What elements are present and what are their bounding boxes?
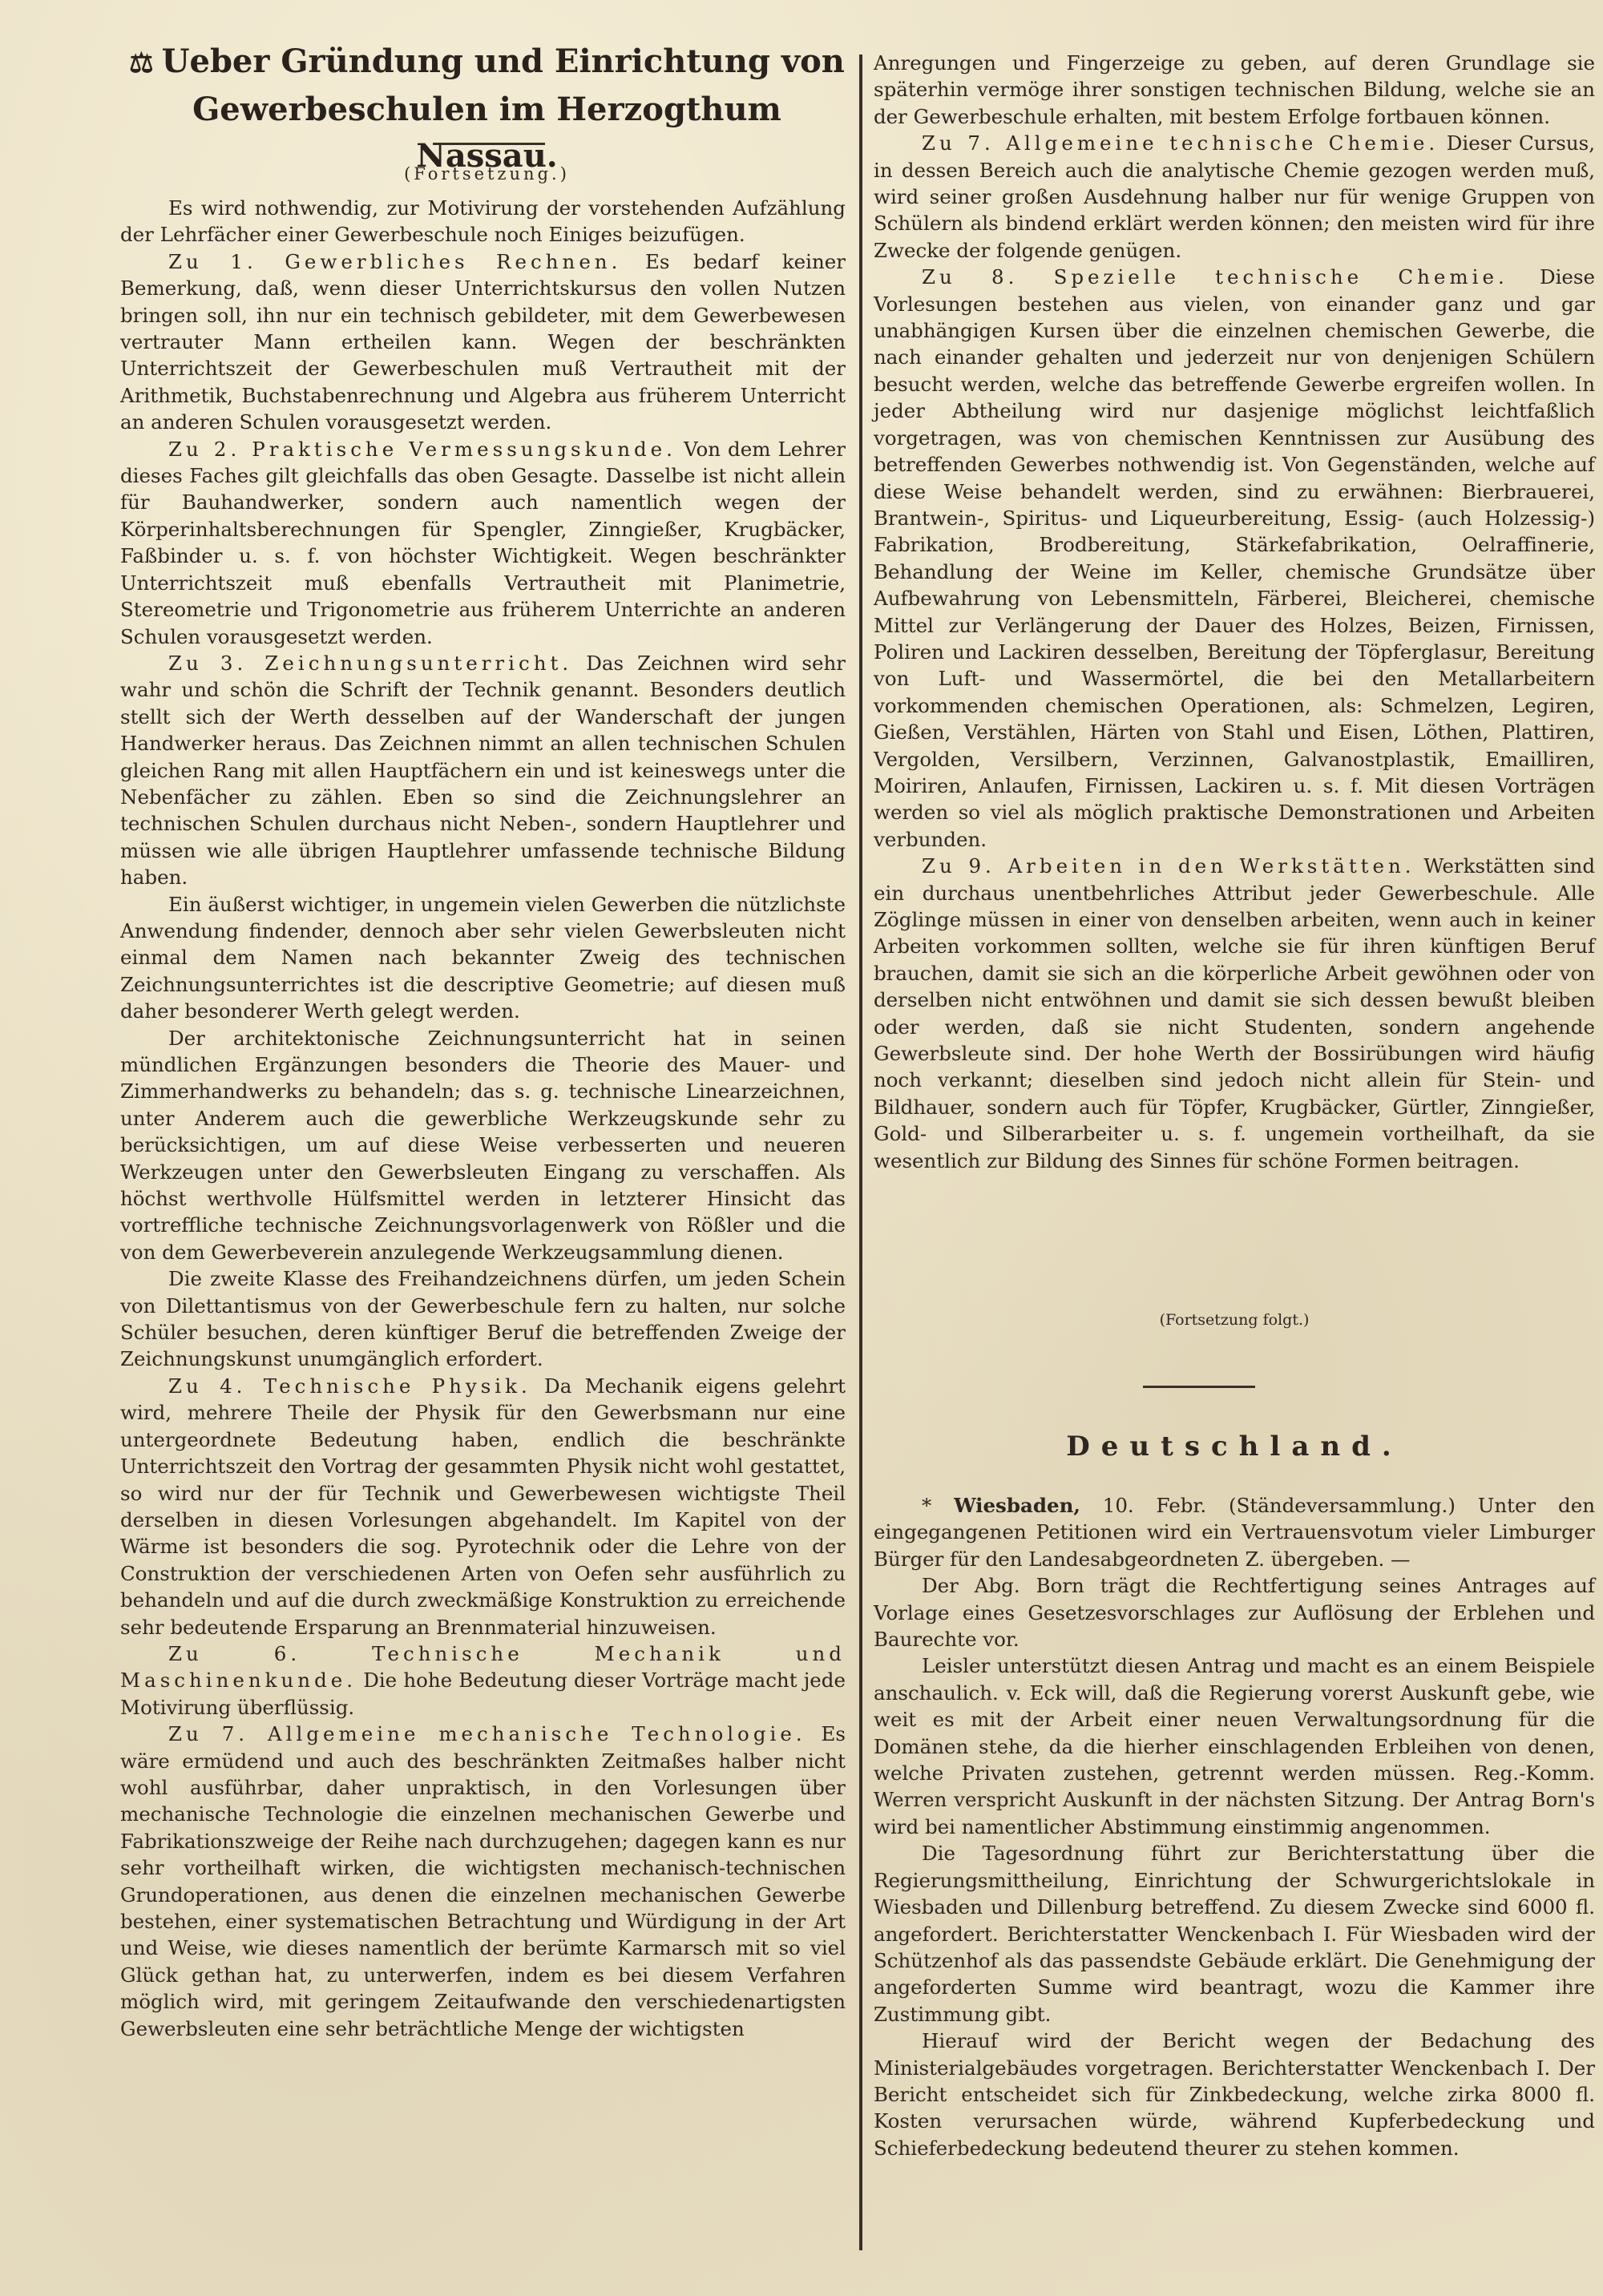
- continuation-note: (Fortsetzung.): [120, 164, 854, 184]
- paragraph: Anregungen und Fingerzeige zu geben, auf…: [874, 50, 1595, 130]
- article-title-line1: Ueber Gründung und Einrichtung von: [162, 42, 845, 80]
- section-lead: Zu 9. Arbeiten in den Werkstätten.: [922, 854, 1415, 878]
- article-title: ⚖Ueber Gründung und Einrichtung von Gewe…: [120, 38, 854, 180]
- dateline-marker: *: [922, 1494, 931, 1517]
- paragraph: Der architektonische Zeichnungsunterrich…: [120, 1025, 846, 1266]
- paragraph: Zu 8. Spezielle technische Chemie. Diese…: [874, 264, 1595, 853]
- news-paragraph: Die Tagesordnung führt zur Berichterstat…: [874, 1840, 1595, 2028]
- paragraph: Zu 7. Allgemeine technische Chemie. Dies…: [874, 130, 1595, 264]
- section-lead: Zu 7. Allgemeine technische Chemie.: [922, 131, 1439, 155]
- section-lead: Zu 4. Technische Physik.: [168, 1374, 531, 1398]
- paragraph: Ein äußerst wichtiger, in ungemein viele…: [120, 891, 846, 1025]
- to-be-continued-note: (Fortsetzung folgt.): [874, 1311, 1595, 1329]
- article-body-left: Es wird nothwendig, zur Motivirung der v…: [120, 195, 846, 2042]
- paragraph: Die zweite Klasse des Freihandzeichnens …: [120, 1265, 846, 1373]
- title-rule: [433, 143, 545, 145]
- newspaper-page: ⚖Ueber Gründung und Einrichtung von Gewe…: [0, 0, 1603, 2296]
- section-lead: Zu 2. Praktische Vermessungskunde.: [168, 438, 676, 461]
- news-paragraph: * Wiesbaden, 10. Febr. (Ständeversammlun…: [874, 1492, 1595, 1572]
- paragraph: Zu 4. Technische Physik. Da Mechanik eig…: [120, 1373, 846, 1640]
- scales-icon: ⚖: [129, 47, 153, 79]
- section-lead: Zu 7. Allgemeine mechanische Technologie…: [168, 1722, 806, 1745]
- news-paragraph: Leisler unterstützt diesen Antrag und ma…: [874, 1652, 1595, 1840]
- column-divider: [859, 54, 862, 2250]
- dateline-place: Wiesbaden,: [954, 1494, 1080, 1517]
- paragraph: Zu 1. Gewerbliches Rechnen. Es bedarf ke…: [120, 248, 846, 436]
- section-rule: [1143, 1386, 1255, 1388]
- section-title: Deutschland.: [874, 1430, 1595, 1463]
- section-lead: Zu 3. Zeichnungsunterricht.: [168, 652, 572, 675]
- news-paragraph: Hierauf wird der Bericht wegen der Bedac…: [874, 2028, 1595, 2161]
- article-body-right: Anregungen und Fingerzeige zu geben, auf…: [874, 50, 1595, 1174]
- news-paragraph: Der Abg. Born trägt die Rechtfertigung s…: [874, 1572, 1595, 1652]
- news-body: * Wiesbaden, 10. Febr. (Ständeversammlun…: [874, 1492, 1595, 2161]
- paragraph: Zu 3. Zeichnungsunterricht. Das Zeichnen…: [120, 650, 846, 891]
- paragraph: Zu 2. Praktische Vermessungskunde. Von d…: [120, 436, 846, 650]
- paragraph: Zu 9. Arbeiten in den Werkstätten. Werks…: [874, 853, 1595, 1174]
- section-lead: Zu 1. Gewerbliches Rechnen.: [168, 250, 621, 273]
- paragraph: Es wird nothwendig, zur Motivirung der v…: [120, 195, 846, 248]
- paragraph: Zu 7. Allgemeine mechanische Technologie…: [120, 1721, 846, 2042]
- paragraph: Zu 6. Technische Mechanik und Maschinenk…: [120, 1640, 846, 1721]
- section-lead: Zu 8. Spezielle technische Chemie.: [922, 265, 1508, 289]
